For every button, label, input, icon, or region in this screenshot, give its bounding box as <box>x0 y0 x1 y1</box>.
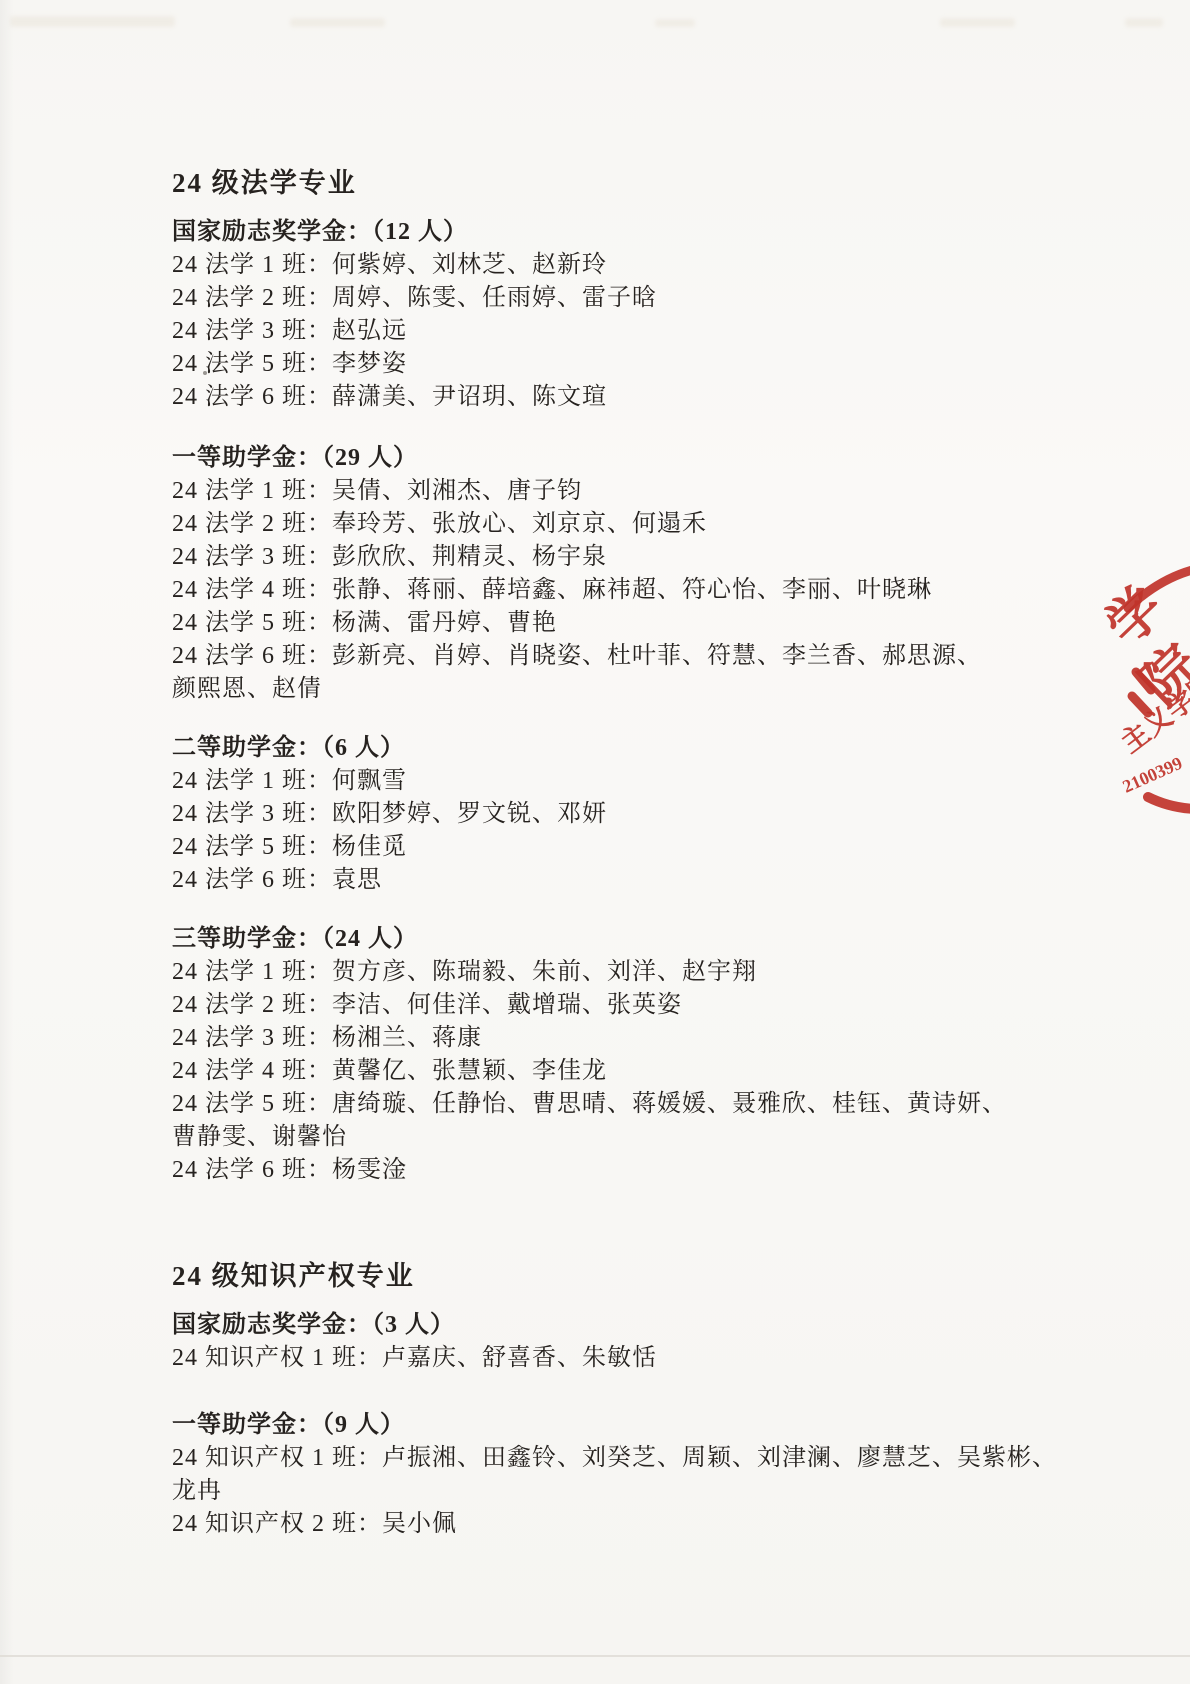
roster-line: 24 法学 1 班：贺方彦、陈瑞毅、朱前、刘洋、赵宇翔 <box>172 956 1072 989</box>
roster-line: 24 法学 6 班：袁思 <box>172 864 1072 897</box>
red-seal-graphic: 学 院 主义学院 2100399 <box>1030 520 1190 820</box>
major-title: 24 级法学专业 <box>172 166 1072 200</box>
seal-outer-arc-bottom <box>1148 797 1190 809</box>
roster-line: 24 法学 4 班：黄馨亿、张慧颖、李佳龙 <box>172 1055 1072 1088</box>
roster-line: 24 法学 1 班：吴倩、刘湘杰、唐子钧 <box>172 475 1072 508</box>
scanned-document-page: { "page": { "background": "#f8f7f4", "te… <box>0 0 1190 1684</box>
scan-artifact <box>1125 18 1163 27</box>
roster-line-continuation: 曹静雯、谢馨怡 <box>172 1121 1072 1154</box>
award-heading: 国家励志奖学金：（3 人） <box>172 1309 1072 1342</box>
scan-artifact <box>290 18 385 27</box>
section-law-major: 24 级法学专业 国家励志奖学金：（12 人） 24 法学 1 班：何紫婷、刘林… <box>172 166 1072 1187</box>
roster-line: 24 法学 2 班：李洁、何佳洋、戴增瑞、张英姿 <box>172 989 1072 1022</box>
roster-line: 24 法学 5 班：唐绮璇、任静怡、曹思晴、蒋媛媛、聂雅欣、桂钰、黄诗妍、 <box>172 1088 1072 1121</box>
roster-line: 24 法学 3 班：赵弘远 <box>172 315 1072 348</box>
award-heading: 三等助学金：（24 人） <box>172 923 1072 956</box>
roster-line: 24 法学 2 班：奉玲芳、张放心、刘京京、何遢禾 <box>172 508 1072 541</box>
award-heading: 二等助学金：（6 人） <box>172 732 1072 765</box>
scan-artifact <box>655 19 695 27</box>
major-title: 24 级知识产权专业 <box>172 1259 1072 1293</box>
award-heading: 一等助学金：（9 人） <box>172 1409 1072 1442</box>
roster-line: 24 法学 6 班：彭新亮、肖婷、肖晓姿、杜叶菲、符慧、李兰香、郝思源、 <box>172 640 1072 673</box>
roster-line: 24 法学 4 班：张静、蒋丽、薛培鑫、麻祎超、符心怡、李丽、叶晓琳 <box>172 574 1072 607</box>
roster-line: 24 法学 1 班：何紫婷、刘林芝、赵新玲 <box>172 249 1072 282</box>
roster-line: 24 法学 2 班：周婷、陈雯、任雨婷、雷子晗 <box>172 282 1072 315</box>
roster-line: 24 法学 6 班：薛潇美、尹诏玥、陈文瑄 <box>172 381 1072 414</box>
roster-line: 24 法学 6 班：杨雯淦 <box>172 1154 1072 1187</box>
page-bottom-edge <box>0 1655 1190 1657</box>
roster-line: 24 法学 3 班：欧阳梦婷、罗文锐、邓妍 <box>172 798 1072 831</box>
section-ip-major: 24 级知识产权专业 国家励志奖学金：（3 人） 24 知识产权 1 班：卢嘉庆… <box>172 1259 1072 1541</box>
roster-line: 24 知识产权 1 班：卢嘉庆、舒喜香、朱敏恬 <box>172 1342 1072 1375</box>
roster-line: 24 法学 5 班：杨佳觅 <box>172 831 1072 864</box>
roster-line: 24 知识产权 1 班：卢振湘、田鑫铃、刘癸芝、周颖、刘津澜、廖慧芝、吴紫彬、 <box>172 1442 1072 1475</box>
red-seal-stamp: 学 院 主义学院 2100399 <box>1030 520 1190 820</box>
roster-line: 24 法学 3 班：彭欣欣、荆精灵、杨宇泉 <box>172 541 1072 574</box>
roster-line: 24 法学 3 班：杨湘兰、蒋康 <box>172 1022 1072 1055</box>
seal-serial-number: 2100399 <box>1119 753 1185 797</box>
document-body: 24 级法学专业 国家励志奖学金：（12 人） 24 法学 1 班：何紫婷、刘林… <box>172 166 1072 1541</box>
scan-artifact <box>940 18 1015 27</box>
seal-stroke-mark <box>1132 696 1148 713</box>
award-heading: 国家励志奖学金：（12 人） <box>172 216 1072 249</box>
scan-artifact <box>10 16 175 27</box>
roster-line: 24 法学 1 班：何飘雪 <box>172 765 1072 798</box>
roster-line: 24 知识产权 2 班：吴小佩 <box>172 1508 1072 1541</box>
roster-line-continuation: 龙冉 <box>172 1475 1072 1508</box>
roster-line: 24 法学 5 班：杨满、雷丹婷、曹艳 <box>172 607 1072 640</box>
roster-line-continuation: 颜熙恩、赵倩 <box>172 673 1072 706</box>
roster-line: 24 法学 5 班：李梦姿 <box>172 348 1072 381</box>
page-edge-shading <box>0 0 14 1684</box>
award-heading: 一等助学金：（29 人） <box>172 442 1072 475</box>
